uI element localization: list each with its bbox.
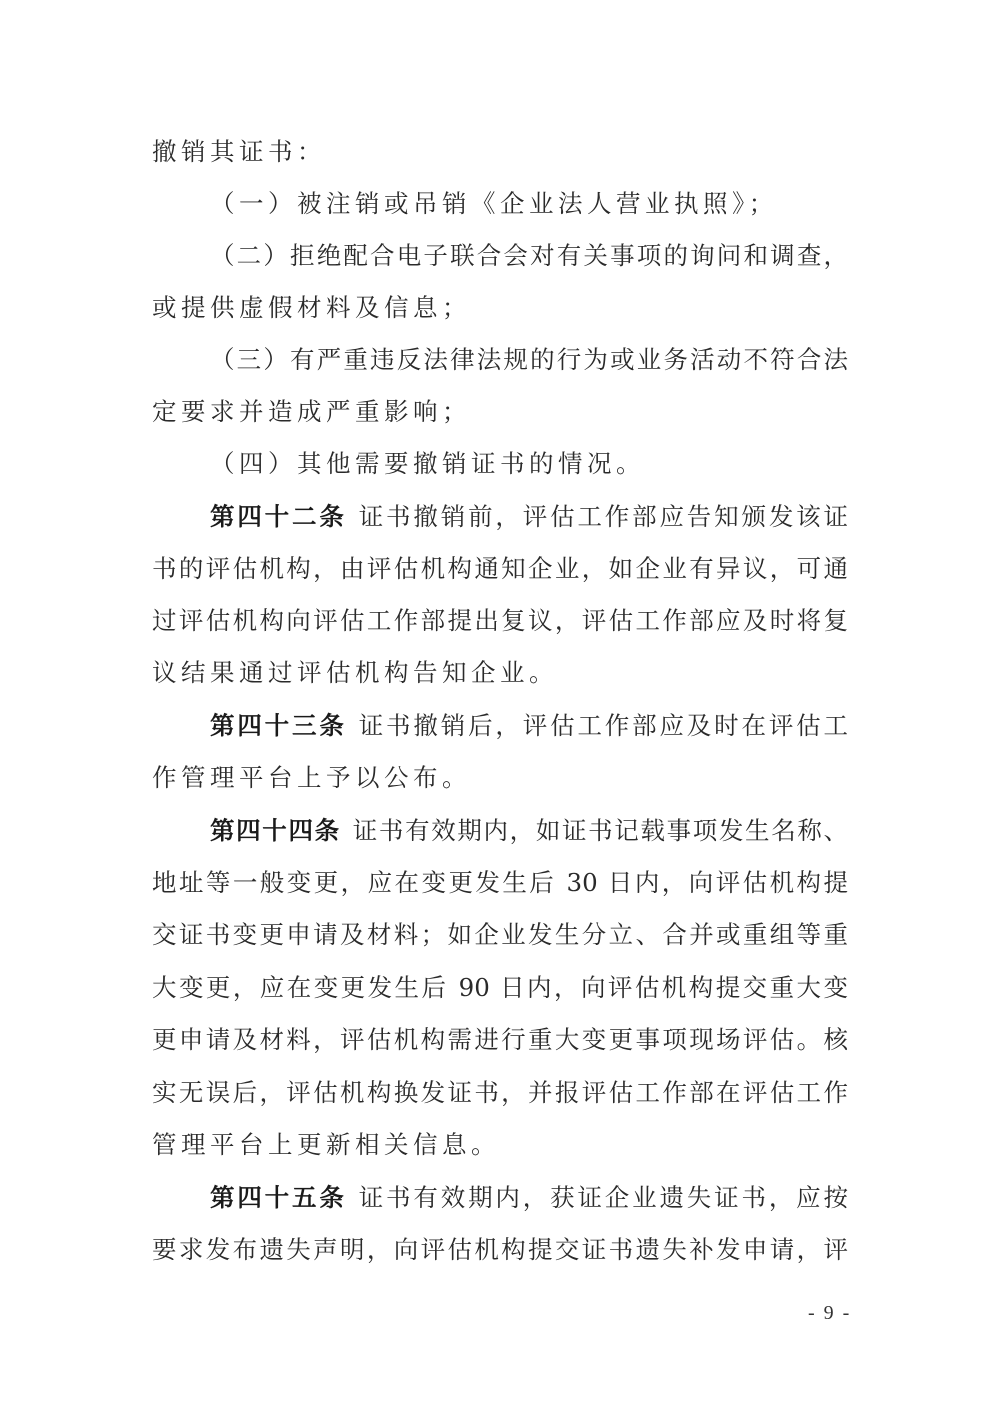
article-45: 第四十五条证书有效期内，获证企业遗失证书，应按 <box>152 1183 848 1235</box>
article-44: 第四十四条证书有效期内，如证书记载事项发生名称、 <box>152 816 848 868</box>
list-item: （四）其他需要撤销证书的情况。 <box>152 449 848 501</box>
text-line: 要求发布遗失声明，向评估机构提交证书遗失补发申请，评 <box>152 1235 848 1287</box>
text-line: 书的评估机构，由评估机构通知企业，如企业有异议，可通 <box>152 554 848 606</box>
text-line: 定要求并造成严重影响； <box>152 397 848 449</box>
article-heading: 第四十三条 <box>210 711 347 740</box>
text-line: 过评估机构向评估工作部提出复议，评估工作部应及时将复 <box>152 606 848 658</box>
page-number: - 9 - <box>808 1302 851 1325</box>
text-line: 实无误后，评估机构换发证书，并报评估工作部在评估工作 <box>152 1078 848 1130</box>
text-line: 作管理平台上予以公布。 <box>152 763 848 815</box>
list-item: （一）被注销或吊销《企业法人营业执照》； <box>152 189 848 241</box>
text-line: 撤销其证书： <box>152 137 848 189</box>
text-line: 或提供虚假材料及信息； <box>152 293 848 345</box>
list-item: （三）有严重违反法律法规的行为或业务活动不符合法 <box>152 345 848 397</box>
list-item: （二）拒绝配合电子联合会对有关事项的询问和调查， <box>152 241 848 293</box>
article-heading: 第四十四条 <box>210 816 341 845</box>
article-43: 第四十三条证书撤销后，评估工作部应及时在评估工 <box>152 711 848 763</box>
text-line: 更申请及材料，评估机构需进行重大变更事项现场评估。核 <box>152 1025 848 1077</box>
text-line: 议结果通过评估机构告知企业。 <box>152 658 848 710</box>
article-heading: 第四十二条 <box>210 502 347 531</box>
article-heading: 第四十五条 <box>210 1183 347 1212</box>
text-line: 大变更，应在变更发生后 90 日内，向评估机构提交重大变 <box>152 973 848 1025</box>
text-line: 管理平台上更新相关信息。 <box>152 1130 848 1182</box>
text-line: 交证书变更申请及材料；如企业发生分立、合并或重组等重 <box>152 920 848 972</box>
text-line: 地址等一般变更，应在变更发生后 30 日内，向评估机构提 <box>152 868 848 920</box>
article-42: 第四十二条证书撤销前，评估工作部应告知颁发该证 <box>152 502 848 554</box>
